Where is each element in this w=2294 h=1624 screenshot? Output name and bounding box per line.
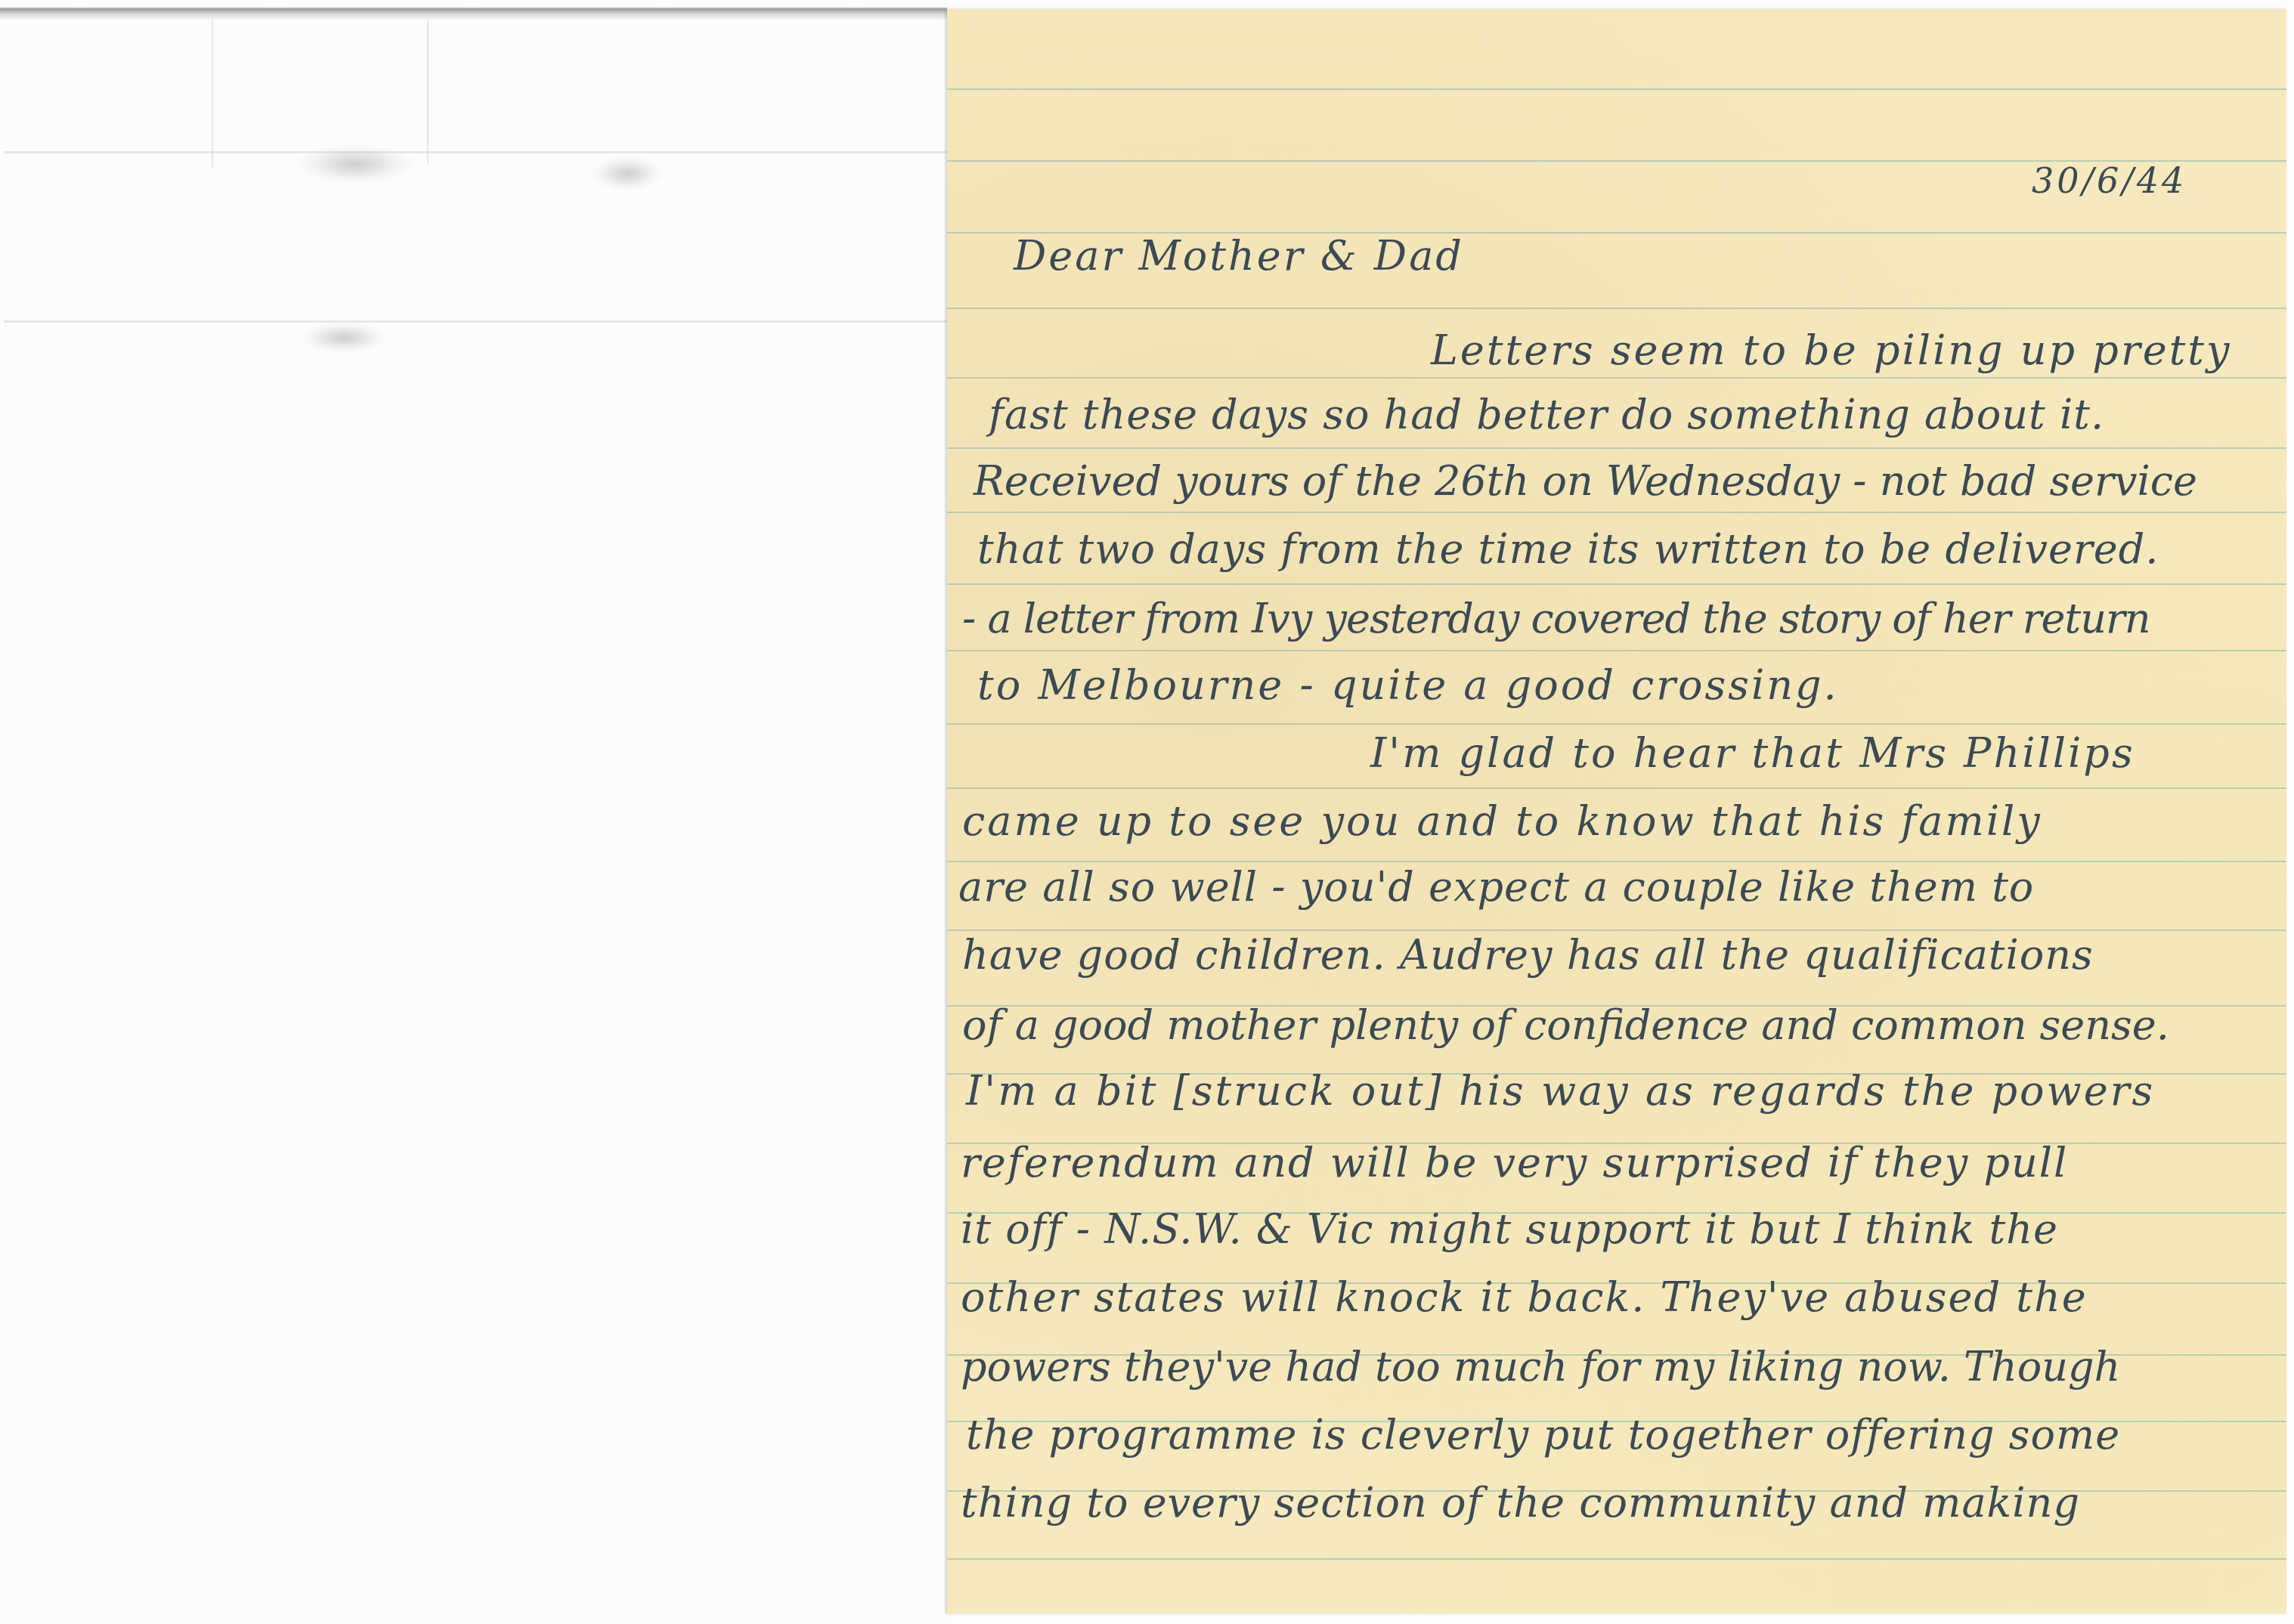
letter-line: fast these days so had better do somethi… [989,394,2104,435]
letter-line: came up to see you and to know that his … [962,801,2042,842]
letter-salutation: Dear Mother & Dad [1014,236,1464,277]
ruled-line [947,861,2286,862]
scanner-edge-shadow [0,0,947,20]
ruled-line [947,650,2286,651]
letter-line: other states will knock it back. They've… [961,1277,2088,1318]
ruled-line [947,308,2286,309]
fold-crease [427,9,429,164]
letter-line: I'm glad to hear that Mrs Phillips [1370,733,2135,774]
letter-line: powers they've had too much for my likin… [961,1347,2120,1387]
letter-line: it off - N.S.W. & Vic might support it b… [961,1209,2058,1250]
scan-smudge [593,156,661,190]
ruled-line [947,88,2286,90]
letter-line: Letters seem to be piling up pretty [1431,330,2232,371]
fold-crease [4,151,947,153]
ruled-line [947,787,2286,789]
ruled-line [947,1558,2286,1560]
ruled-line [947,583,2286,585]
letter-line: - a letter from Ivy yesterday covered th… [962,599,2150,639]
ruled-line [947,512,2286,513]
ruled-line [947,723,2286,725]
ruled-line [947,377,2286,379]
letter-page: 30/6/44 Dear Mother & Dad Letters seem t… [947,9,2286,1613]
letter-line: have good children. Audrey has all the q… [962,935,2094,976]
letter-line: the programme is cleverly put together o… [966,1415,2120,1455]
ruled-line [947,447,2286,449]
letter-line: that two days from the time its written … [977,529,2159,570]
fold-crease [4,320,947,323]
blank-left-page [4,9,947,1624]
scan-smudge [302,323,385,353]
letter-line: to Melbourne - quite a good crossing. [977,665,1839,706]
letter-line: of a good mother plenty of confidence an… [962,1005,2169,1046]
scan-smudge [299,145,412,183]
letter-line: I'm a bit [struck out] his way as regard… [966,1071,2155,1112]
letter-line: referendum and will be very surprised if… [961,1143,2068,1183]
scanned-document: 30/6/44 Dear Mother & Dad Letters seem t… [0,0,2294,1624]
letter-date: 30/6/44 [2032,160,2187,201]
letter-line: thing to every section of the community … [961,1483,2080,1523]
letter-line: are all so well - you'd expect a couple … [958,867,2034,908]
letter-line: Received yours of the 26th on Wednesday … [974,461,2197,502]
fold-crease [212,9,213,168]
